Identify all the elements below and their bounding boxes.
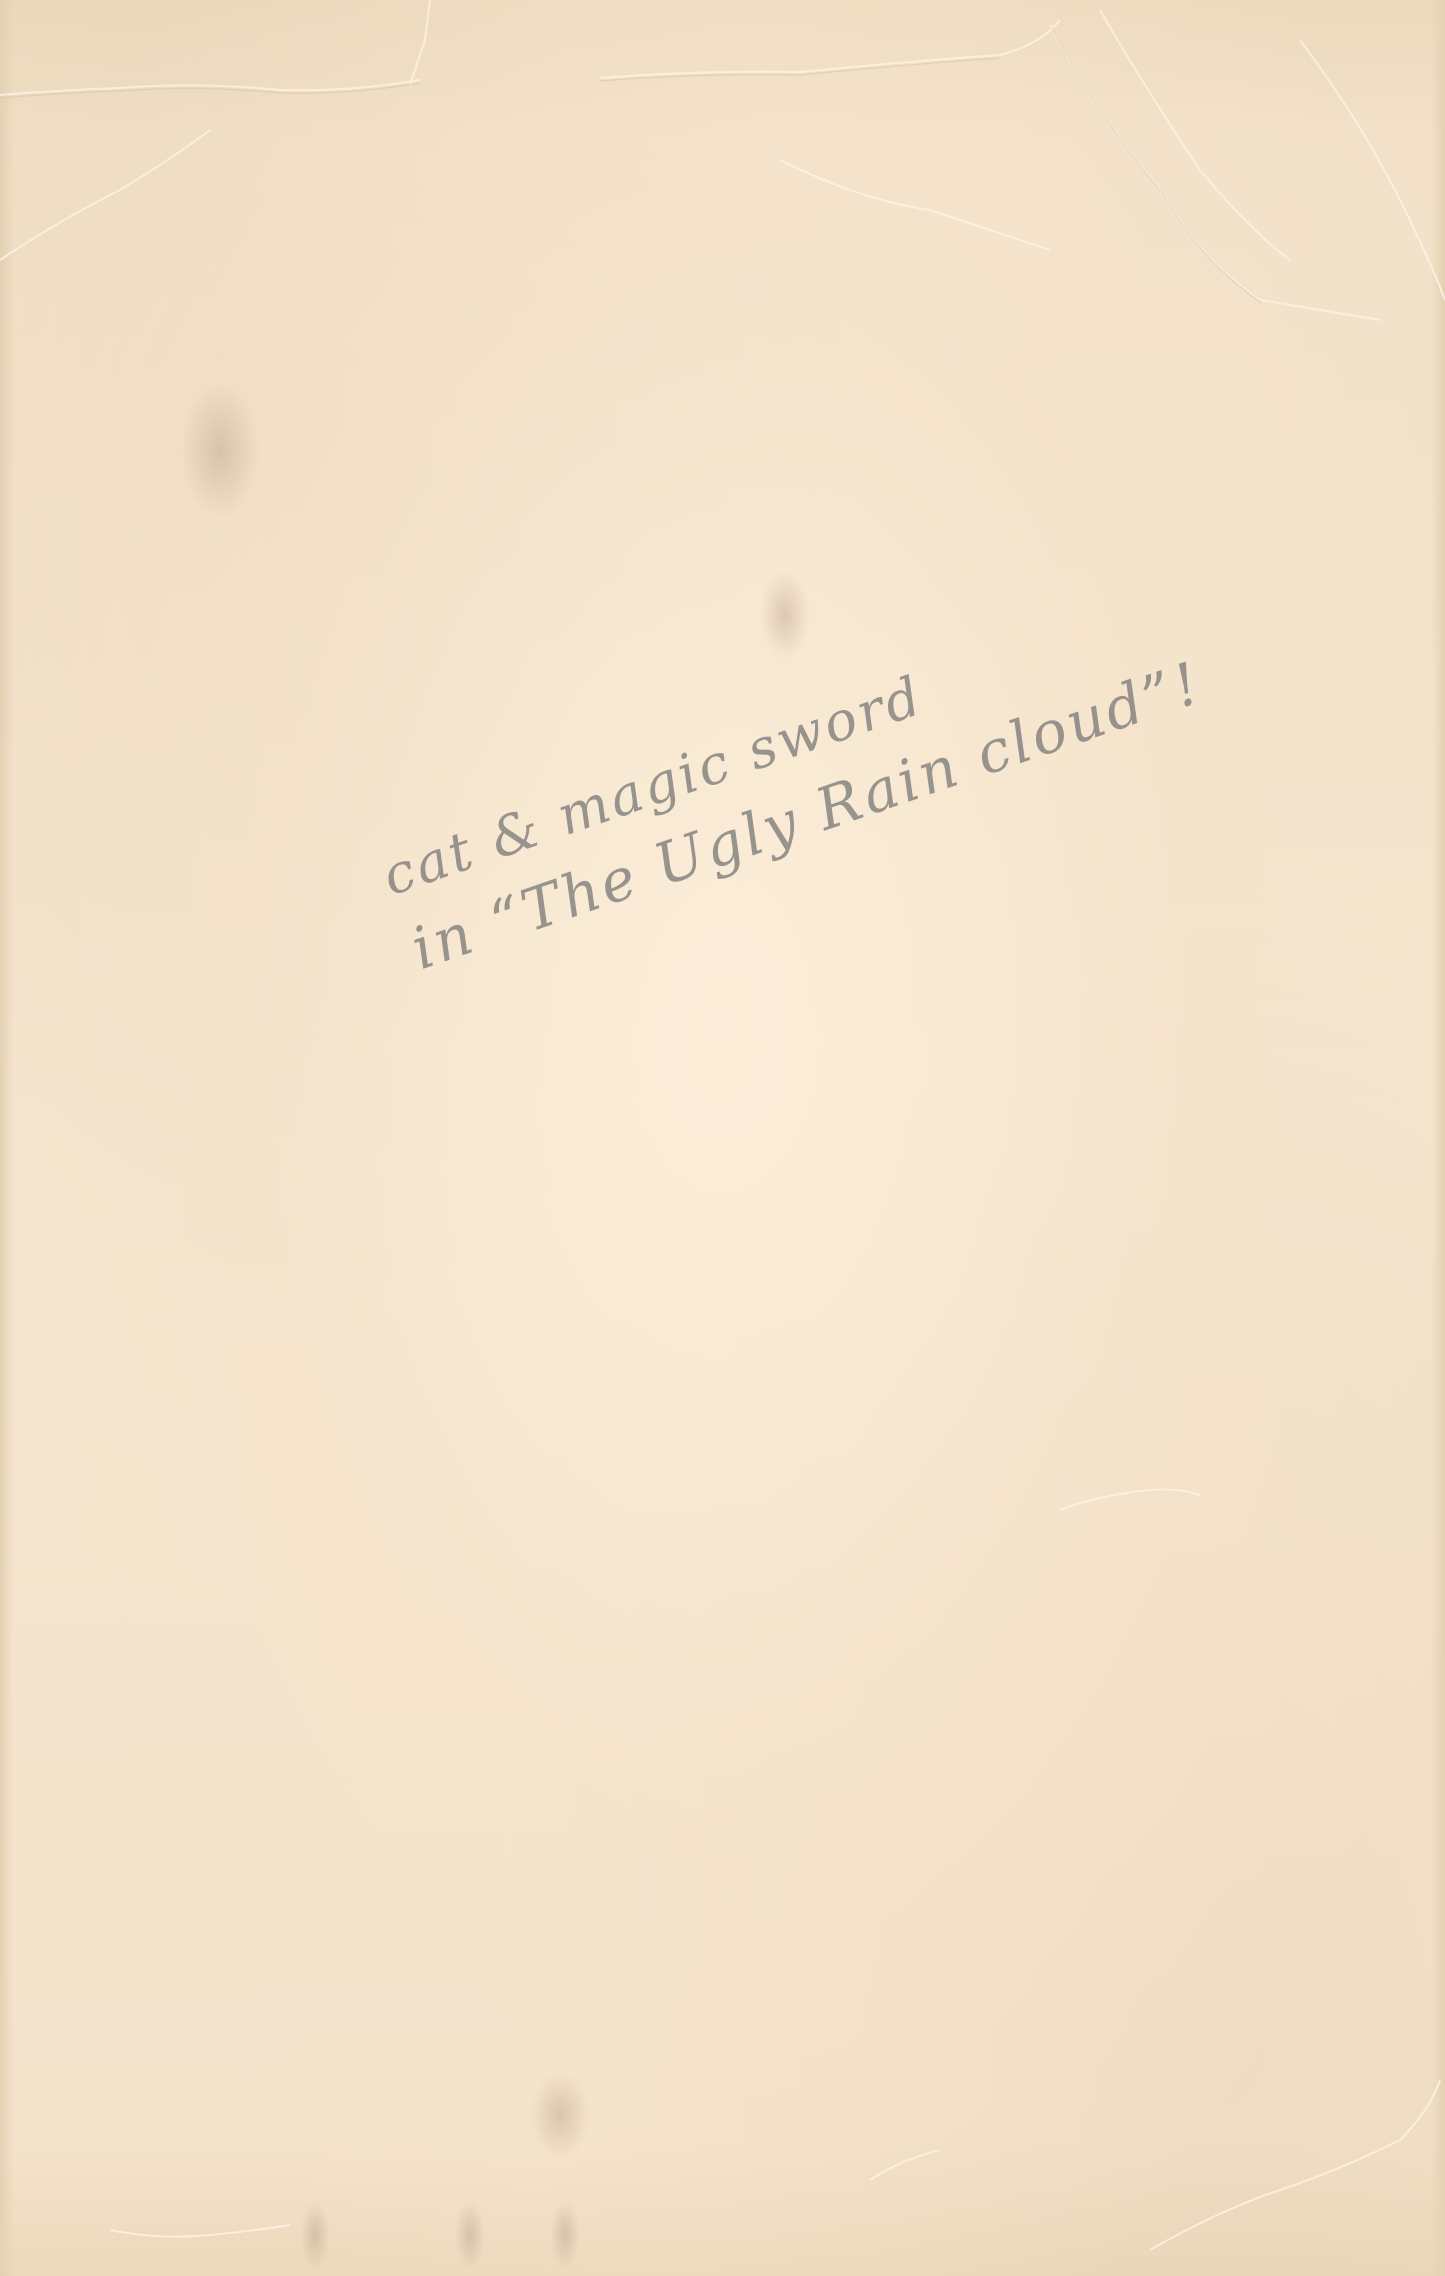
- paper-creases: [0, 0, 1445, 2276]
- paper-stain: [455, 2200, 485, 2270]
- paper-stain: [300, 2200, 330, 2270]
- paper-stain: [550, 2200, 580, 2270]
- paper-stain: [180, 380, 260, 520]
- paper-stain: [760, 570, 810, 660]
- paper-stain: [530, 2070, 590, 2160]
